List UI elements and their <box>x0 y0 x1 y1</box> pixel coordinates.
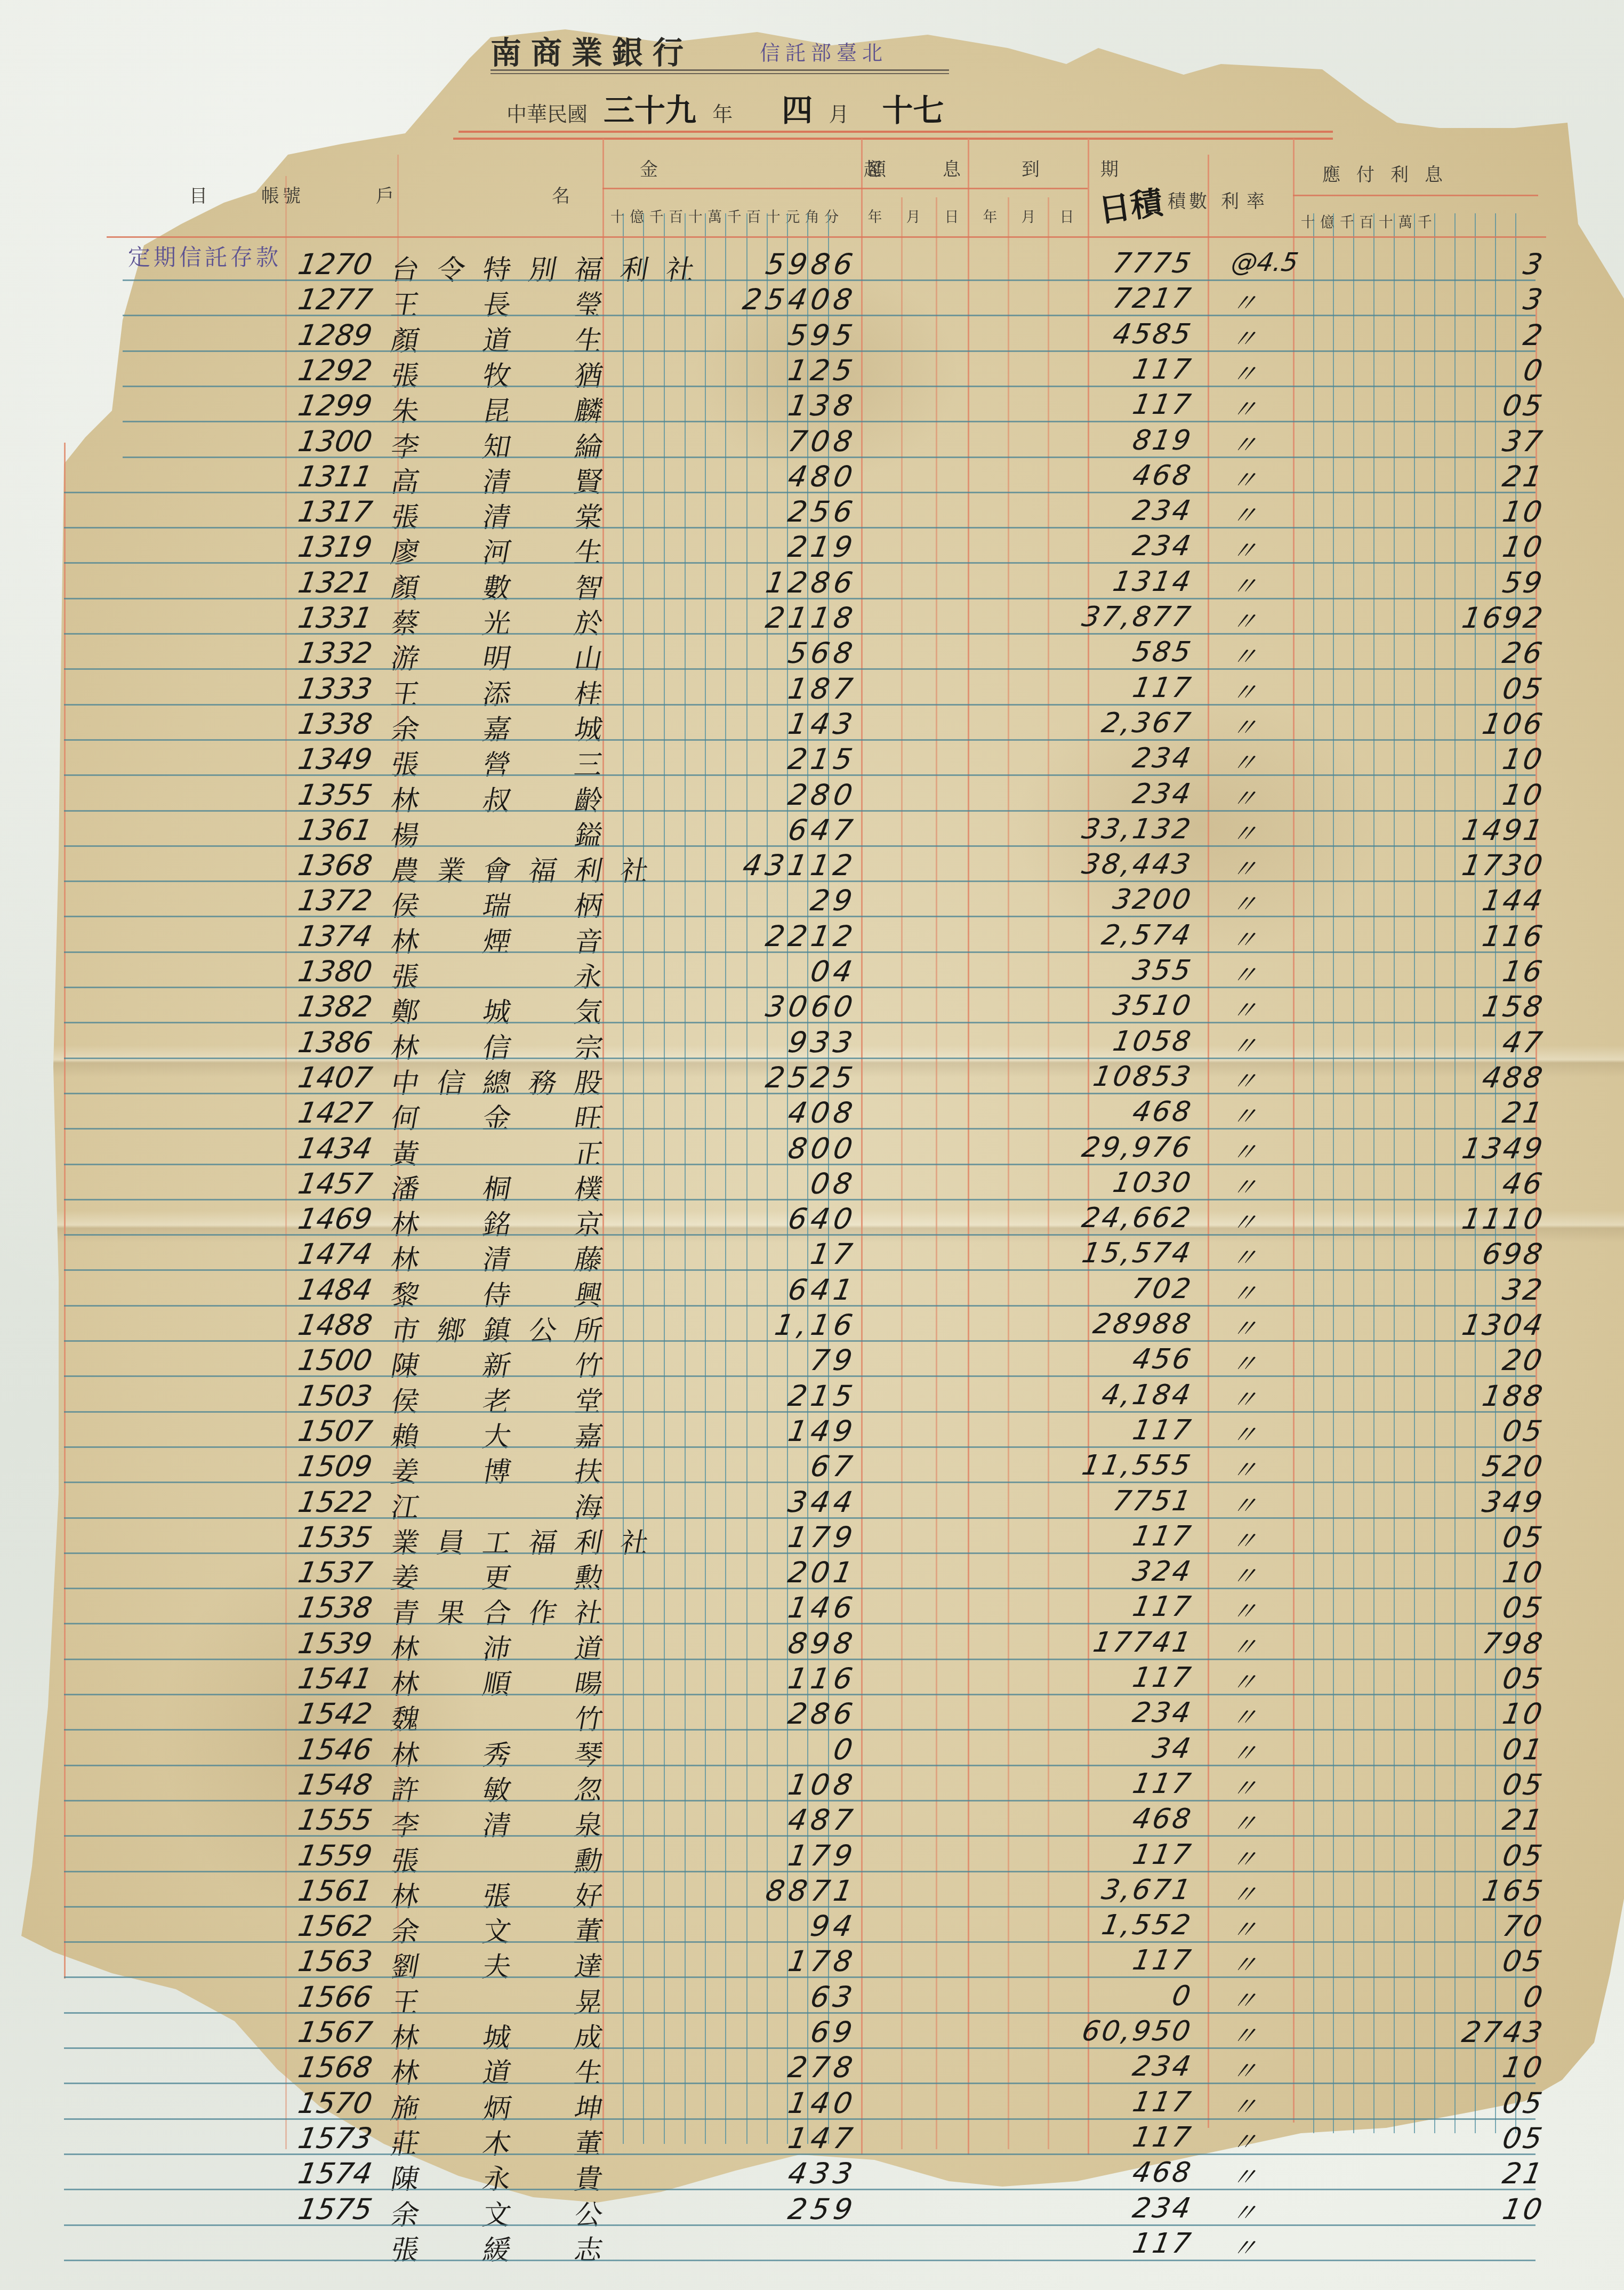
header-top-rule <box>453 138 1333 140</box>
interest-payable: 21 <box>1500 1096 1547 1130</box>
product-value: 468 <box>1130 460 1195 492</box>
account-number: 1574 <box>295 2157 375 2190</box>
interest-payable: 21 <box>1500 460 1547 493</box>
row-rule <box>64 2118 1535 2120</box>
interest-rate: 〃 <box>1228 990 1260 1027</box>
col-subject: 目 <box>189 181 211 207</box>
subheader-rule <box>602 188 861 189</box>
account-number: 1542 <box>295 1697 375 1731</box>
row-rule <box>64 1199 1535 1200</box>
product-value: 60,950 <box>1080 2015 1195 2047</box>
interest-payable: 488 <box>1480 1061 1547 1094</box>
account-number: 1566 <box>295 1980 375 2014</box>
table-row: 1561林 張 好88713,671〃165 <box>0 1873 1624 1908</box>
table-row: 1332游 明 山568585〃26 <box>0 635 1624 670</box>
interest-rate: 〃 <box>1228 672 1260 709</box>
account-number: 1535 <box>295 1520 375 1554</box>
interest-payable: 10 <box>1500 1556 1547 1589</box>
interest-rate: 〃 <box>1228 1096 1260 1133</box>
interest-payable: 158 <box>1480 990 1547 1023</box>
header-bottom-rule <box>107 236 1546 238</box>
date-year-label: 年 <box>712 102 733 126</box>
interest-rate: 〃 <box>1228 1697 1260 1734</box>
row-rule <box>64 598 1535 599</box>
table-row: 1380張 永04355〃16 <box>0 954 1624 989</box>
amount: 0 <box>831 1733 859 1766</box>
account-number: 1568 <box>295 2051 375 2084</box>
amount: 25408 <box>741 283 859 316</box>
interest-payable: 10 <box>1500 2192 1547 2226</box>
account-number: 1333 <box>295 672 375 706</box>
product-value: 468 <box>1130 1096 1195 1128</box>
amount: 94 <box>808 1909 859 1943</box>
interest-payable: 05 <box>1500 1520 1547 1554</box>
row-rule <box>64 1659 1535 1660</box>
interest-rate: 〃 <box>1228 1556 1260 1592</box>
interest-rate: 〃 <box>1228 1768 1260 1805</box>
amount: 29 <box>808 884 859 917</box>
product-value: 117 <box>1130 1944 1195 1976</box>
account-number: 1538 <box>295 1591 375 1624</box>
interest-rate: 〃 <box>1228 1520 1260 1557</box>
interest-rate: 〃 <box>1228 354 1260 390</box>
interest-payable: 10 <box>1500 2051 1547 2084</box>
amount: 256 <box>785 495 859 529</box>
account-number: 1488 <box>295 1308 375 1342</box>
product-value: 17741 <box>1090 1627 1195 1659</box>
table-row: 1539林 沛 道89817741〃798 <box>0 1626 1624 1661</box>
account-number: 1338 <box>295 707 375 741</box>
row-rule <box>64 1305 1535 1307</box>
digit-label: 月 <box>894 205 932 226</box>
account-number: 1563 <box>295 1944 375 1978</box>
digit-label: 元 <box>783 205 803 226</box>
table-row: 1311高 清 賢480468〃21 <box>0 459 1624 494</box>
interest-payable: 05 <box>1500 1414 1547 1448</box>
account-number: 1427 <box>295 1096 375 1130</box>
interest-payable: 10 <box>1500 1697 1547 1731</box>
interest-payable: 698 <box>1480 1237 1547 1271</box>
amount: 647 <box>785 813 859 847</box>
account-number: 1555 <box>295 1803 375 1837</box>
account-number: 1372 <box>295 884 375 917</box>
account-number: 1321 <box>295 566 375 599</box>
account-number: 1559 <box>295 1839 375 1872</box>
interest-payable: 2 <box>1521 318 1547 352</box>
table-row: 1546林 秀 琴034〃01 <box>0 1732 1624 1767</box>
product-value: 819 <box>1130 425 1195 457</box>
interest-rate: 〃 <box>1228 778 1260 815</box>
row-rule <box>64 1552 1535 1554</box>
account-number: 1331 <box>295 601 375 635</box>
product-value: 34 <box>1150 1733 1195 1765</box>
date-digit-headers: 年月日年月日 <box>856 205 1086 226</box>
amount: 143 <box>785 707 859 741</box>
interest-payable: 3 <box>1521 247 1547 281</box>
interest-payable: 1110 <box>1459 1202 1547 1236</box>
table-row: 1522江 海3447751〃349 <box>0 1484 1624 1519</box>
interest-payable: 05 <box>1500 672 1547 706</box>
account-name: 張 緩 志 <box>388 2228 624 2268</box>
interest-payable: 21 <box>1500 1803 1547 1837</box>
product-value: 234 <box>1130 2051 1195 2083</box>
col-household: 戶 <box>376 181 397 207</box>
subheader-rule <box>861 188 1088 189</box>
row-rule <box>64 527 1535 529</box>
amount: 1,16 <box>772 1308 859 1342</box>
interest-rate: 〃 <box>1228 813 1260 850</box>
account-number: 1374 <box>295 919 375 953</box>
account-number: 1292 <box>295 354 375 387</box>
product-value: 2,574 <box>1099 919 1195 951</box>
amount: 43112 <box>741 848 859 882</box>
amount: 640 <box>785 1202 859 1236</box>
row-rule <box>64 1835 1535 1837</box>
table-row: 1338余 嘉 城1432,367〃106 <box>0 706 1624 741</box>
table-row: 1292張 牧 猶125117〃0 <box>0 353 1624 388</box>
product-value: 11,555 <box>1080 1450 1195 1482</box>
product-value: 456 <box>1130 1343 1195 1375</box>
amount: 149 <box>785 1414 859 1448</box>
interest-rate: 〃 <box>1228 1414 1260 1451</box>
table-row: 1507賴 大 嘉149117〃05 <box>0 1413 1624 1448</box>
table-row: 1457潘 桐 樸081030〃46 <box>0 1166 1624 1201</box>
table-row: 1573莊 木 董147117〃05 <box>0 2120 1624 2156</box>
product-value: 3,671 <box>1099 1874 1195 1906</box>
amount: 04 <box>808 955 859 988</box>
account-number: 1567 <box>295 2015 375 2049</box>
table-row: 1563劉 夫 達178117〃05 <box>0 1943 1624 1979</box>
product-value: 0 <box>1170 1980 1195 2012</box>
account-number: 1539 <box>295 1627 375 1660</box>
table-row: 1277王 長 瑩254087217〃3 <box>0 282 1624 317</box>
interest-payable: 01 <box>1500 1733 1547 1766</box>
col-interest-period: 起 息 到 期 <box>864 155 1140 181</box>
row-rule <box>64 1765 1535 1766</box>
interest-rate: 〃 <box>1228 1273 1260 1310</box>
interest-rate: 〃 <box>1228 2015 1260 2052</box>
date-line: 中華民國 三十九 年 四 月 十七 <box>507 85 954 130</box>
table-row: 1361楊 鎰64733,132〃1491 <box>0 812 1624 847</box>
row-rule <box>64 1375 1535 1377</box>
table-row: 1374林 煙 音22122,574〃116 <box>0 918 1624 954</box>
product-value: 24,662 <box>1080 1202 1195 1234</box>
digit-label: 分 <box>822 205 842 226</box>
table-row: 1566王 晃630〃0 <box>0 1979 1624 2014</box>
interest-payable: 05 <box>1500 2121 1547 2155</box>
amount: 259 <box>785 2192 859 2226</box>
table-row: 1559張 勳179117〃05 <box>0 1838 1624 1873</box>
digit-label: 百 <box>666 205 686 226</box>
table-row: 1299朱 昆 麟138117〃05 <box>0 388 1624 423</box>
amount: 69 <box>808 2015 859 2049</box>
product-value: 3200 <box>1110 884 1195 916</box>
product-value: 117 <box>1130 1839 1195 1871</box>
account-number: 1509 <box>295 1450 375 1483</box>
interest-payable: 05 <box>1500 1768 1547 1801</box>
row-rule <box>64 1093 1535 1094</box>
table-row: 1368農業會福利社4311238,443〃1730 <box>0 847 1624 883</box>
row-rule <box>64 987 1535 988</box>
amount: 147 <box>785 2121 859 2155</box>
bank-name: 南商業銀行 <box>491 28 693 73</box>
row-rule <box>64 2260 1535 2261</box>
digit-label: 角 <box>802 205 822 226</box>
interest-rate: 〃 <box>1228 389 1260 426</box>
interest-payable: 0 <box>1521 354 1547 387</box>
row-rule <box>64 810 1535 812</box>
interest-payable: 16 <box>1500 955 1547 988</box>
account-number: 1299 <box>295 389 375 422</box>
interest-payable: 05 <box>1500 2086 1547 2120</box>
table-row: 1535業員工福利社179117〃05 <box>0 1519 1624 1555</box>
account-number: 1507 <box>295 1414 375 1448</box>
interest-rate: 〃 <box>1228 1733 1260 1769</box>
account-number: 1355 <box>295 778 375 812</box>
amount: 344 <box>785 1485 859 1519</box>
row-rule <box>64 1800 1535 1801</box>
interest-rate: 〃 <box>1228 1803 1260 1840</box>
interest-payable: 20 <box>1500 1343 1547 1377</box>
interest-payable: 165 <box>1480 1874 1547 1908</box>
amount: 280 <box>785 778 859 812</box>
interest-rate: 〃 <box>1228 1026 1260 1062</box>
digit-label: 十 <box>608 205 628 226</box>
product-value: 117 <box>1130 389 1195 421</box>
interest-rate: 〃 <box>1228 1591 1260 1628</box>
product-value: 117 <box>1130 1414 1195 1446</box>
row-rule <box>64 2083 1535 2084</box>
product-value: 7751 <box>1110 1485 1195 1517</box>
row-rule <box>123 279 1535 281</box>
interest-rate: 〃 <box>1228 566 1260 603</box>
product-value: 355 <box>1130 955 1195 987</box>
amount: 5986 <box>763 247 859 281</box>
amount: 79 <box>808 1343 859 1377</box>
account-number: 1503 <box>295 1379 375 1413</box>
interest-rate: 〃 <box>1228 848 1260 885</box>
table-row: 1570施 炳 坤140117〃05 <box>0 2085 1624 2120</box>
product-value: 15,574 <box>1080 1237 1195 1269</box>
amount: 278 <box>785 2051 859 2084</box>
row-rule <box>64 1976 1535 1978</box>
account-number: 1349 <box>295 742 375 776</box>
product-value: 234 <box>1130 495 1195 527</box>
product-handwritten-prefix: 日積 <box>1096 177 1165 231</box>
row-rule <box>64 1269 1535 1271</box>
interest-rate: 〃 <box>1228 1944 1260 1981</box>
interest-rate: 〃 <box>1228 2157 1260 2193</box>
amount: 215 <box>785 742 859 776</box>
interest-payable: 26 <box>1500 636 1547 670</box>
amount: 2212 <box>763 919 859 953</box>
row-rule <box>64 1729 1535 1731</box>
interest-rate: 〃 <box>1228 636 1260 673</box>
row-rule <box>64 1623 1535 1624</box>
interest-payable: 106 <box>1480 707 1547 741</box>
row-rule <box>64 774 1535 776</box>
interest-rate: 〃 <box>1228 884 1260 920</box>
amount: 116 <box>785 1662 859 1695</box>
amount: 67 <box>808 1450 859 1483</box>
product-value: 585 <box>1130 636 1195 668</box>
row-rule <box>64 1128 1535 1130</box>
amount: 1286 <box>763 566 859 599</box>
table-row: 1469林 銘 京64024,662〃1110 <box>0 1201 1624 1236</box>
interest-payable: 188 <box>1480 1379 1547 1413</box>
table-row: 1289顏 道 生5954585〃2 <box>0 317 1624 353</box>
table-row: 1331蔡 光 於211837,877〃1692 <box>0 600 1624 635</box>
digit-label: 千 <box>725 205 744 226</box>
col-account-no: 帳號 <box>261 181 304 207</box>
amount: 201 <box>785 1556 859 1589</box>
table-row: 1574陳 永 貴433468〃21 <box>0 2156 1624 2191</box>
account-number: 1457 <box>295 1167 375 1200</box>
interest-rate: 〃 <box>1228 601 1260 638</box>
table-row: 1562余 文 董941,552〃70 <box>0 1908 1624 1943</box>
amount: 595 <box>785 318 859 352</box>
table-row: 1386林 信 宗9331058〃47 <box>0 1024 1624 1060</box>
row-rule <box>64 492 1535 493</box>
table-row: 1349張 營 三215234〃10 <box>0 741 1624 776</box>
product-value: 1030 <box>1110 1167 1195 1199</box>
account-number: 1469 <box>295 1202 375 1236</box>
amount: 286 <box>785 1697 859 1731</box>
interest-rate: 〃 <box>1228 707 1260 744</box>
interest-rate: 〃 <box>1228 2051 1260 2087</box>
interest-rate: 〃 <box>1228 1343 1260 1380</box>
interest-rate: 〃 <box>1228 1662 1260 1699</box>
account-number: 1434 <box>295 1132 375 1165</box>
table-row: 1509姜 博 扶6711,555〃520 <box>0 1448 1624 1484</box>
row-rule <box>64 880 1535 882</box>
account-number: 1537 <box>295 1556 375 1589</box>
row-rule <box>64 2047 1535 2049</box>
amount: 187 <box>785 672 859 706</box>
amount: 2118 <box>763 601 859 635</box>
amount: 17 <box>808 1237 859 1271</box>
interest-rate: 〃 <box>1228 1485 1260 1522</box>
product-value: 117 <box>1130 1662 1195 1694</box>
account-number: 1541 <box>295 1662 375 1695</box>
account-number: 1277 <box>295 283 375 316</box>
product-value: 234 <box>1130 2192 1195 2224</box>
interest-payable: 1304 <box>1459 1308 1547 1342</box>
interest-payable: 70 <box>1500 1909 1547 1943</box>
product-value: 28988 <box>1090 1308 1195 1340</box>
interest-rate: 〃 <box>1228 1167 1260 1204</box>
interest-payable: 0 <box>1521 1980 1547 2014</box>
interest-rate: @4.5 <box>1229 247 1300 277</box>
account-number: 1300 <box>295 425 375 458</box>
interest-payable: 1349 <box>1459 1132 1547 1165</box>
account-number: 1562 <box>295 1909 375 1943</box>
table-row: 1568林 道 生278234〃10 <box>0 2049 1624 2085</box>
amount: 487 <box>785 1803 859 1837</box>
row-rule <box>123 350 1535 352</box>
title-rule <box>491 69 949 71</box>
date-day: 十七 <box>882 92 944 129</box>
table-row: 1434黃 正80029,976〃1349 <box>0 1131 1624 1166</box>
product-value: 234 <box>1130 530 1195 562</box>
interest-rate: 〃 <box>1228 1874 1260 1911</box>
title-rule <box>491 73 949 74</box>
interest-payable: 144 <box>1480 884 1547 917</box>
amount: 408 <box>785 1096 859 1130</box>
digit-label: 日 <box>1048 205 1086 226</box>
account-number: 1570 <box>295 2086 375 2120</box>
row-rule <box>64 562 1535 564</box>
row-rule <box>123 421 1535 422</box>
interest-payable: 3 <box>1521 283 1547 316</box>
product-value: 38,443 <box>1080 848 1195 880</box>
date-prefix: 中華民國 <box>507 102 588 126</box>
interest-payable: 05 <box>1500 1591 1547 1624</box>
row-rule <box>64 668 1535 670</box>
account-number: 1289 <box>295 318 375 352</box>
row-rule <box>64 1517 1535 1519</box>
interest-payable: 05 <box>1500 1662 1547 1695</box>
product-value: 117 <box>1130 2121 1195 2153</box>
amount: 433 <box>785 2157 859 2190</box>
amount: 63 <box>808 1980 859 2014</box>
interest-payable: 05 <box>1500 389 1547 422</box>
amount: 08 <box>808 1167 859 1200</box>
product-value: 117 <box>1130 354 1195 386</box>
digit-label: 日 <box>932 205 971 226</box>
table-row: 1542魏 竹286234〃10 <box>0 1696 1624 1731</box>
product-value: 234 <box>1130 742 1195 774</box>
table-row: 1500陳 新 竹79456〃20 <box>0 1342 1624 1378</box>
interest-payable: 1692 <box>1459 601 1547 635</box>
interest-rate: 〃 <box>1228 2228 1260 2264</box>
product-value: 7775 <box>1110 247 1195 279</box>
product-value: 2,367 <box>1099 707 1195 739</box>
amount: 140 <box>785 2086 859 2120</box>
date-year: 三十九 <box>604 92 696 129</box>
table-row: 1474林 清 藤1715,574〃698 <box>0 1236 1624 1271</box>
col-name: 名 <box>552 181 573 207</box>
amount: 708 <box>785 425 859 458</box>
row-rule <box>64 1164 1535 1165</box>
table-row: 1488市鄉鎮公所1,1628988〃1304 <box>0 1307 1624 1342</box>
digit-label: 月 <box>1009 205 1048 226</box>
interest-rate: 〃 <box>1228 1909 1260 1946</box>
interest-payable: 1730 <box>1459 848 1547 882</box>
col-interest-payable: 應付利息 <box>1322 160 1459 186</box>
row-rule <box>64 916 1535 917</box>
row-rule <box>64 1446 1535 1448</box>
col-product: 積數 <box>1168 187 1210 213</box>
product-value: 7217 <box>1110 283 1195 315</box>
interest-rate: 〃 <box>1228 460 1260 497</box>
table-row: 1503侯 老 堂2154,184〃188 <box>0 1378 1624 1413</box>
product-value: 37,877 <box>1080 601 1195 633</box>
col-rate: 利率 <box>1221 187 1272 213</box>
interest-payable: 47 <box>1500 1026 1547 1059</box>
interest-payable: 520 <box>1480 1450 1547 1483</box>
interest-payable: 37 <box>1500 425 1547 458</box>
amount: 125 <box>785 354 859 387</box>
product-value: 1,552 <box>1099 1909 1195 1941</box>
interest-payable: 46 <box>1500 1167 1547 1200</box>
account-number: 1380 <box>295 955 375 988</box>
product-value: 117 <box>1130 1591 1195 1623</box>
row-rule <box>123 457 1535 458</box>
amount: 219 <box>785 530 859 564</box>
amount: 2525 <box>763 1061 859 1094</box>
row-rule <box>64 633 1535 635</box>
